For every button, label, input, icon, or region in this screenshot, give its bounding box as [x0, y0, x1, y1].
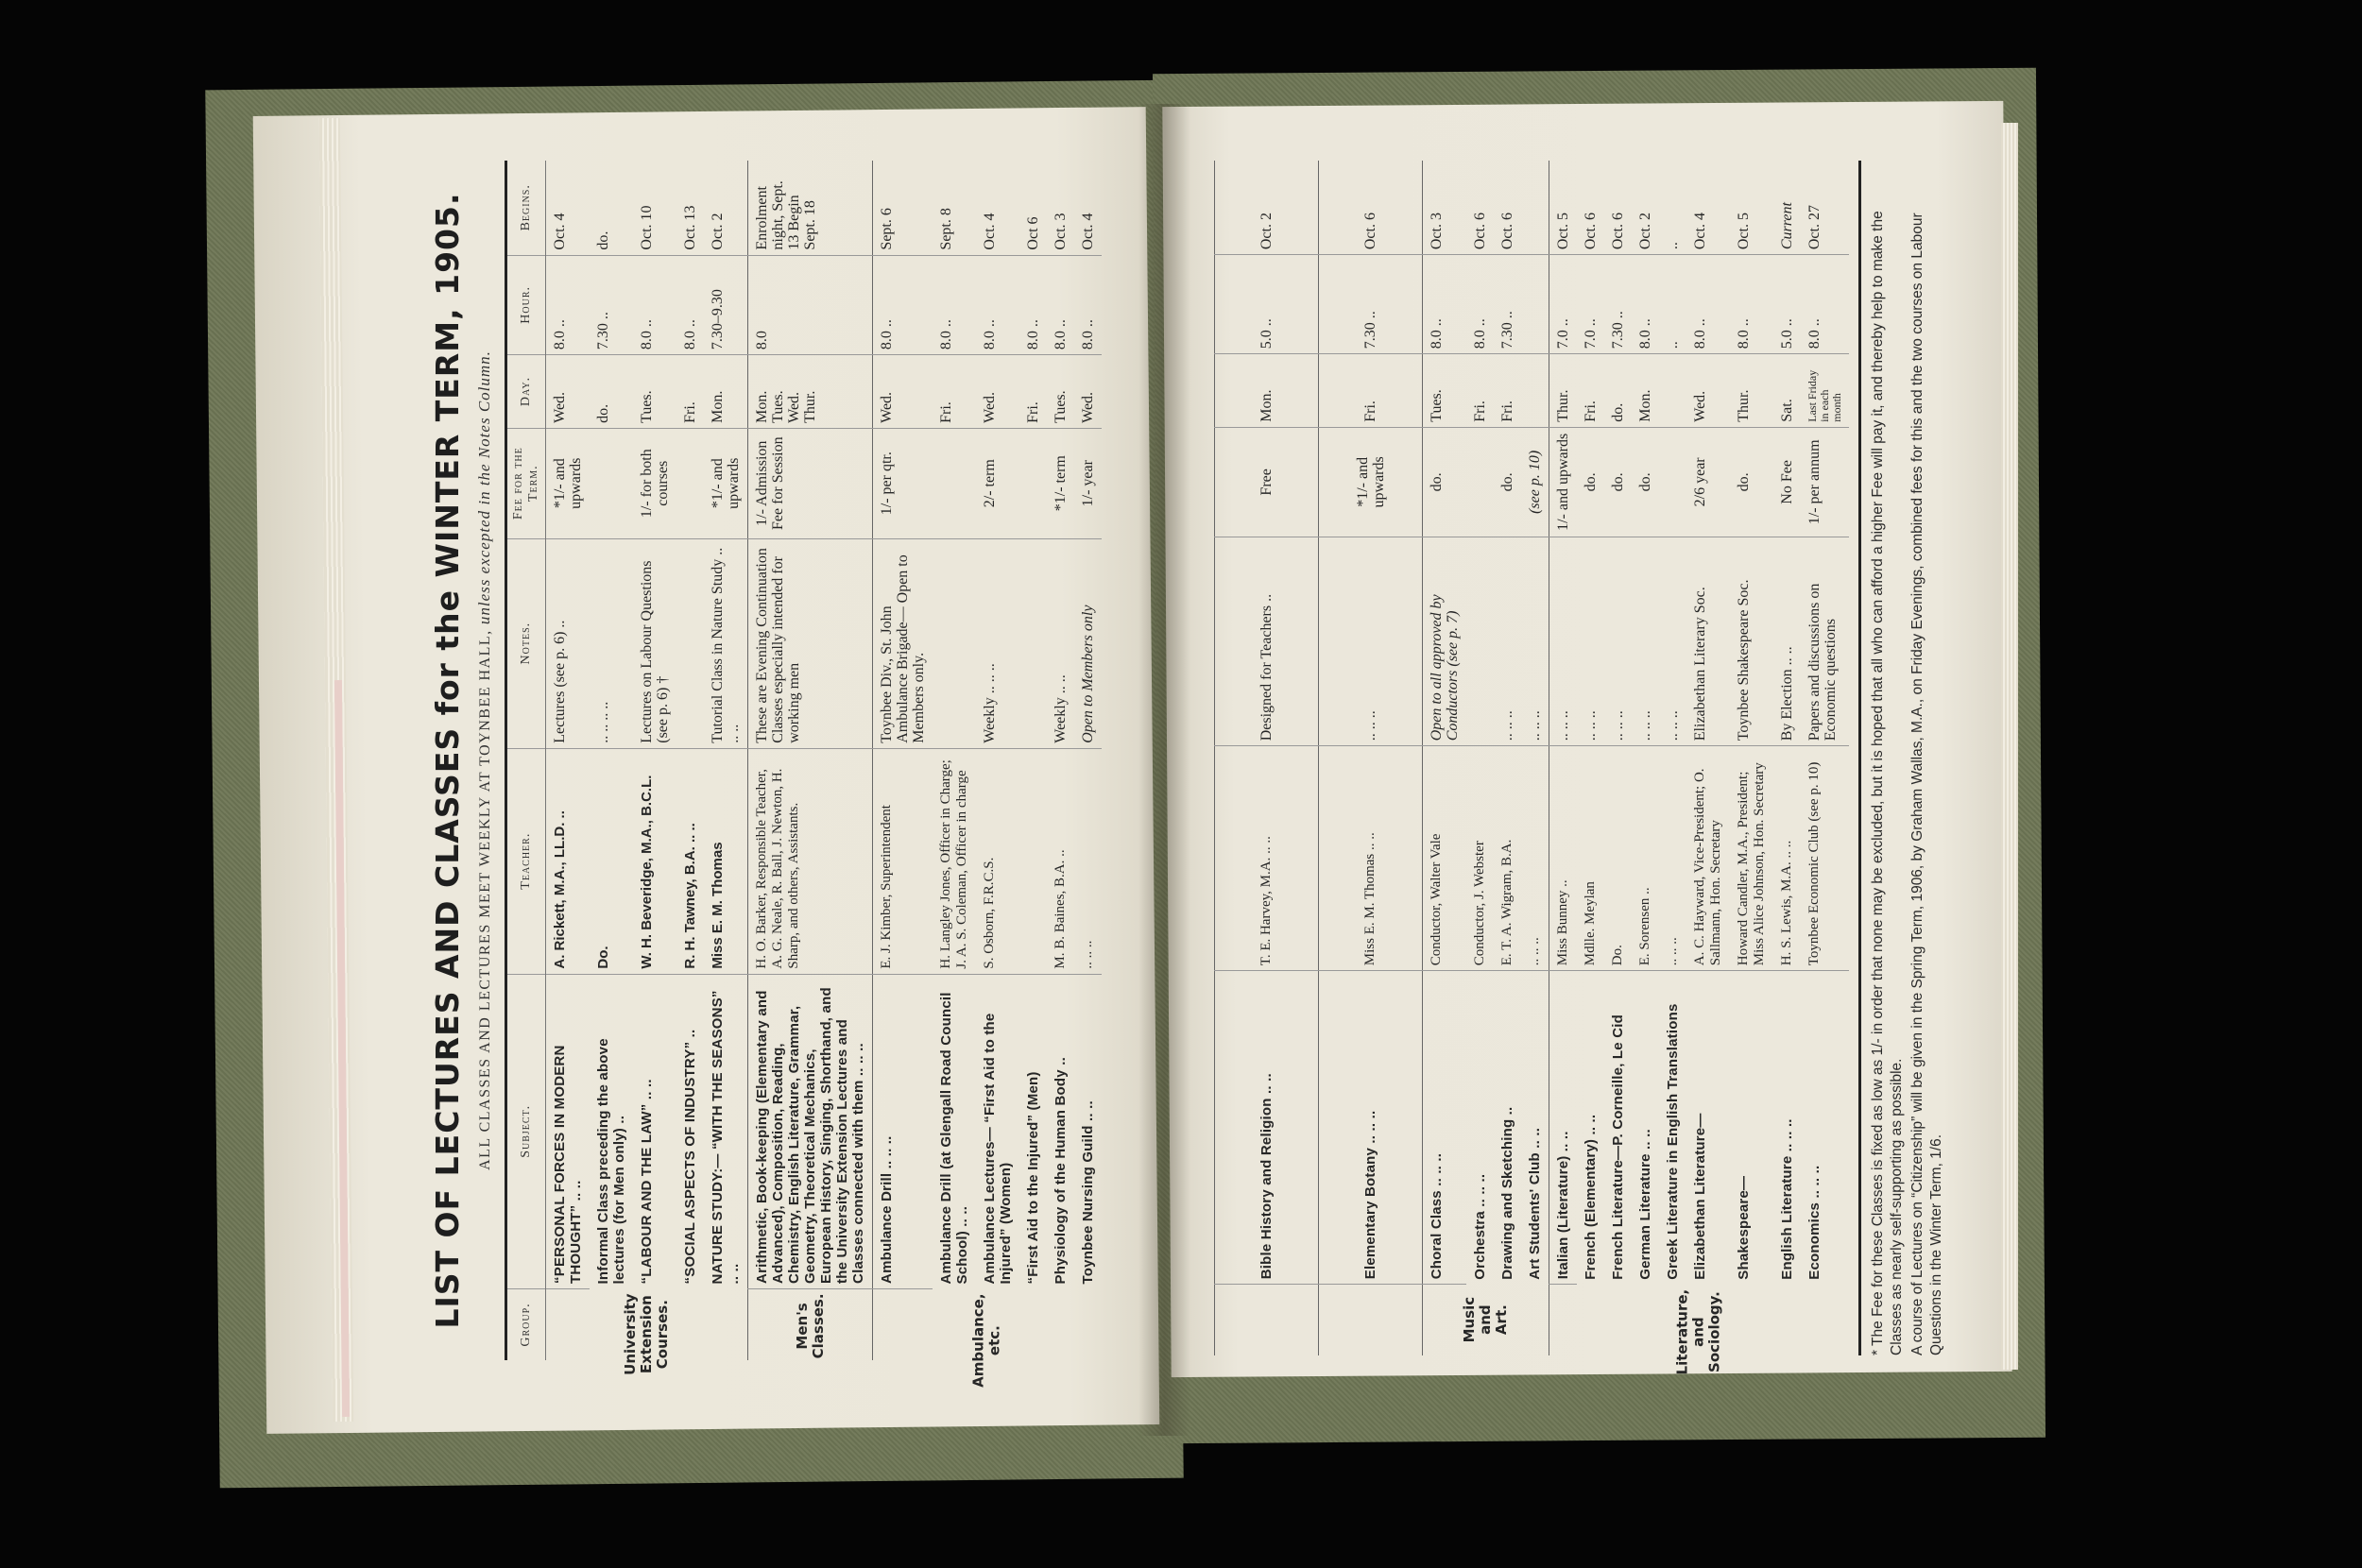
day-cell: Mon. [704, 355, 748, 429]
day-cell: Fri. [676, 355, 704, 429]
group-label [1215, 1285, 1319, 1355]
col-hour: Hour. [506, 255, 546, 355]
subject-cell: “LABOUR AND THE LAW” .. .. [633, 974, 676, 1288]
fee-cell [1659, 427, 1686, 537]
subtitle-caps: ALL CLASSES AND LECTURES MEET WEEKLY AT … [477, 629, 493, 1170]
col-teacher: Teacher. [506, 748, 546, 974]
begins-cell: Current [1773, 161, 1801, 255]
begins-cell: Oct. 13 [676, 161, 704, 255]
hour-cell: 7.30 .. [590, 255, 633, 355]
day-cell: Fri. [1019, 355, 1047, 429]
fee-cell: Free [1215, 427, 1319, 537]
table-header: Group. Subject. Teacher. Notes. Fee for … [506, 161, 546, 1360]
teacher-cell: S. Osborn, F.R.C.S. [976, 748, 1019, 974]
begins-cell: Oct. 5 [1730, 161, 1773, 255]
lectures-table-left: Group. Subject. Teacher. Notes. Fee for … [505, 161, 1102, 1360]
day-cell [1521, 354, 1549, 427]
table-row: Men's Classes. Arithmetic, Book-keeping … [748, 161, 873, 1360]
table-row: French (Elementary) .. .. Mdlle. Meylan … [1577, 161, 1604, 1355]
notes-cell: Toynbee Shakespeare Soc. [1730, 537, 1773, 745]
subject-cell: Economics .. .. .. [1801, 971, 1849, 1285]
hour-cell: 5.0 .. [1215, 255, 1319, 354]
group-label [1319, 1285, 1423, 1355]
fee-cell: do. [1494, 427, 1521, 537]
hour-cell: 8.0 .. [1019, 255, 1047, 355]
hour-cell: 8.0 .. [1423, 255, 1467, 354]
table-row: Economics .. .. .. Toynbee Economic Club… [1801, 161, 1849, 1355]
subject-cell: Toynbee Nursing Guild .. .. [1074, 974, 1102, 1288]
col-day: Day. [506, 355, 546, 429]
begins-cell: Oct. 6 [1577, 161, 1604, 255]
notes-cell: Tutorial Class in Nature Study .. .. .. [704, 538, 748, 748]
begins-cell: Oct. 2 [1215, 161, 1319, 255]
day-cell: Wed. [546, 355, 590, 429]
day-cell: Thur. [1730, 354, 1773, 427]
day-cell: Fri. [1319, 354, 1423, 427]
fee-cell [590, 428, 633, 538]
fee-cell: do. [1577, 427, 1604, 537]
table-row: NATURE STUDY:— “WITH THE SEASONS” .. .. … [704, 161, 748, 1360]
table-row: Toynbee Nursing Guild .. .. .. .. .. Ope… [1074, 161, 1102, 1360]
notes-cell: Open to all approved by Conductors (see … [1423, 537, 1467, 745]
teacher-cell: .. .. .. [1521, 746, 1549, 971]
teacher-cell: H. S. Lewis, M.A. .. .. [1773, 746, 1801, 971]
begins-cell: Oct. 10 [633, 161, 676, 255]
page-subtitle: ALL CLASSES AND LECTURES MEET WEEKLY AT … [471, 161, 505, 1360]
col-group: Group. [506, 1288, 546, 1360]
notes-cell: Toynbee Div., St. John Ambulance Brigade… [873, 538, 933, 748]
subject-cell: Informal Class preceding the above lectu… [590, 974, 633, 1288]
notes-cell: Elizabethan Literary Soc. [1686, 537, 1730, 745]
page-edges-right [2001, 123, 2018, 1370]
begins-cell: do. [590, 161, 633, 255]
notes-cell: .. .. .. [1521, 537, 1549, 745]
begins-cell: Oct. 4 [546, 161, 590, 255]
group-literature-sociology: Literature, and Sociology. Italian (Lite… [1549, 161, 1850, 1355]
day-cell: do. [590, 355, 633, 429]
day-cell: Fri. [1577, 354, 1604, 427]
teacher-cell: Conductor, Walter Vale [1423, 746, 1467, 971]
fee-cell [933, 428, 976, 538]
table-row: Drawing and Sketching .. E. T. A. Wigram… [1494, 161, 1521, 1355]
notes-cell: Designed for Teachers .. [1215, 537, 1319, 745]
hour-cell: 8.0 .. [976, 255, 1019, 355]
fee-cell: *1/- and upwards [1319, 427, 1423, 537]
footnote-fee: * The Fee for these Classes is fixed as … [1869, 161, 1907, 1355]
fee-cell: 1/- per annum [1801, 427, 1849, 537]
notes-cell: .. .. .. [1577, 537, 1604, 745]
fee-cell: 2/6 year [1686, 427, 1730, 537]
subject-cell: German Literature .. .. [1632, 971, 1659, 1285]
notes-cell: .. .. .. [1494, 537, 1521, 745]
teacher-cell: W. H. Beveridge, M.A., B.C.L. [633, 748, 676, 974]
group-label: Literature, and Sociology. [1549, 1285, 1850, 1355]
footnote-citizenship: A course of Lectures on “Citizenship” wi… [1908, 161, 1946, 1355]
notes-cell: Weekly .. .. [1047, 538, 1074, 748]
begins-cell: Oct. 5 [1549, 161, 1578, 255]
day-cell: Fri. [933, 355, 976, 429]
day-cell: Sat. [1773, 354, 1801, 427]
table-row: Physiology of the Human Body .. M. B. Ba… [1047, 161, 1074, 1360]
teacher-cell: A. Rickett, M.A., LL.D. .. [546, 748, 590, 974]
group-botany: Elementary Botany .. .. .. Miss E. M. Th… [1319, 161, 1423, 1355]
day-cell: Mon. [1632, 354, 1659, 427]
notes-cell: Papers and discussions on Economic quest… [1801, 537, 1849, 745]
table-row: Art Students' Club .. .. .. .. .. .. .. … [1521, 161, 1549, 1355]
subject-cell: NATURE STUDY:— “WITH THE SEASONS” .. .. [704, 974, 748, 1288]
table-row: French Literature—P. Corneille, Le Cid D… [1604, 161, 1632, 1355]
col-subject: Subject. [506, 974, 546, 1288]
col-begins: Begins. [506, 161, 546, 255]
hour-cell: 8.0 .. [633, 255, 676, 355]
table-row: University Extension Courses. “PERSONAL … [546, 161, 590, 1360]
table-row: English Literature .. .. .. H. S. Lewis,… [1773, 161, 1801, 1355]
table-row: German Literature .. .. E. Sorensen .. .… [1632, 161, 1659, 1355]
hour-cell: 8.0 .. [1801, 255, 1849, 354]
table-row: Literature, and Sociology. Italian (Lite… [1549, 161, 1578, 1355]
notes-cell: Open to Members only [1074, 538, 1102, 748]
hour-cell: 8.0 .. [546, 255, 590, 355]
teacher-cell: Mdlle. Meylan [1577, 746, 1604, 971]
fee-cell: *1/- and upwards [546, 428, 590, 538]
group-bible: Bible History and Religion .. .. T. E. H… [1215, 161, 1319, 1355]
col-notes: Notes. [506, 538, 546, 748]
day-cell: Wed. [976, 355, 1019, 429]
hour-cell: 8.0 .. [873, 255, 933, 355]
table-row: Orchestra .. .. .. Conductor, J. Webster… [1466, 161, 1494, 1355]
day-cell: Wed. [873, 355, 933, 429]
fee-cell: do. [1632, 427, 1659, 537]
subject-cell: Orchestra .. .. .. [1466, 971, 1494, 1285]
day-cell: Wed. [1074, 355, 1102, 429]
subject-cell: Shakespeare— [1730, 971, 1773, 1285]
table-row: Greek Literature in English Translations… [1659, 161, 1686, 1355]
fee-cell: do. [1604, 427, 1632, 537]
notes-cell: Lectures on Labour Questions (see p. 6) … [633, 538, 676, 748]
begins-cell: Oct. 6 [1466, 161, 1494, 255]
table-row: Bible History and Religion .. .. T. E. H… [1215, 161, 1319, 1355]
subject-cell: “SOCIAL ASPECTS OF INDUSTRY” .. [676, 974, 704, 1288]
begins-cell: Oct. 6 [1494, 161, 1521, 255]
hour-cell: 8.0 .. [1632, 255, 1659, 354]
notes-cell [1466, 537, 1494, 745]
begins-cell: Oct 6 [1019, 161, 1047, 255]
notes-cell: Lectures (see p. 6) .. [546, 538, 590, 748]
teacher-cell: Conductor, J. Webster [1466, 746, 1494, 971]
hour-cell: 7.30 .. [1494, 255, 1521, 354]
begins-cell: Oct. 4 [976, 161, 1019, 255]
subject-cell: Greek Literature in English Translations [1659, 971, 1686, 1285]
begins-cell: Oct. 2 [704, 161, 748, 255]
begins-cell: Oct. 3 [1423, 161, 1467, 255]
group-label: University Extension Courses. [546, 1288, 748, 1360]
fee-cell: 1/- year [1074, 428, 1102, 538]
teacher-cell: H. O. Barker, Responsible Teacher, A. G.… [748, 748, 873, 974]
teacher-cell: Howard Candler, M.A., President; Miss Al… [1730, 746, 1773, 971]
begins-cell: Enrolment night, Sept. 13 Begin Sept. 18 [748, 161, 873, 255]
right-page-content: Bible History and Religion .. .. T. E. H… [1214, 161, 1970, 1355]
teacher-cell: M. B. Baines, B.A. .. [1047, 748, 1074, 974]
notes-cell: .. .. .. [1604, 537, 1632, 745]
teacher-cell: E. J. Kimber, Superintendent [873, 748, 933, 974]
notes-cell: .. .. .. [1319, 537, 1423, 745]
group-music-art: Music and Art. Choral Class .. .. .. Con… [1423, 161, 1549, 1355]
teacher-cell: Miss E. M. Thomas .. .. [1319, 746, 1423, 971]
table-row: “First Aid to the Injured” (Men) Fri. 8.… [1019, 161, 1047, 1360]
hour-cell: 8.0 .. [676, 255, 704, 355]
group-label: Music and Art. [1423, 1285, 1549, 1355]
lectures-table-right: Bible History and Religion .. .. T. E. H… [1214, 161, 1849, 1355]
notes-cell [676, 538, 704, 748]
begins-cell [1521, 161, 1549, 255]
fee-cell [1466, 427, 1494, 537]
hour-cell: 8.0 .. [1074, 255, 1102, 355]
table-row: “SOCIAL ASPECTS OF INDUSTRY” .. R. H. Ta… [676, 161, 704, 1360]
fee-cell: *1/- and upwards [704, 428, 748, 538]
col-fee: Fee for the Term. [506, 428, 546, 538]
left-page-content: LIST OF LECTURES AND CLASSES for the WIN… [425, 161, 1143, 1360]
teacher-cell [1019, 748, 1047, 974]
day-cell: do. [1604, 354, 1632, 427]
subtitle-italic: unless excepted in the Notes Column. [475, 350, 493, 624]
subject-cell: Bible History and Religion .. .. [1215, 971, 1319, 1285]
subject-cell: Art Students' Club .. .. [1521, 971, 1549, 1285]
subject-cell: English Literature .. .. .. [1773, 971, 1801, 1285]
group-label: Men's Classes. [748, 1288, 873, 1360]
teacher-cell: Do. [590, 748, 633, 974]
notes-cell: .. .. .. [1659, 537, 1686, 745]
fee-cell: 2/- term [976, 428, 1019, 538]
notes-cell [933, 538, 976, 748]
fee-cell: 1/- per qtr. [873, 428, 933, 538]
teacher-cell: E. T. A. Wigram, B.A. [1494, 746, 1521, 971]
hour-cell: 8.0 .. [1466, 255, 1494, 354]
begins-cell: Sept. 8 [933, 161, 976, 255]
subject-cell: Italian (Literature) .. .. [1549, 971, 1578, 1285]
begins-cell: Sept. 6 [873, 161, 933, 255]
subject-cell: Elizabethan Literature— [1686, 971, 1730, 1285]
subject-cell: Choral Class .. .. .. [1423, 971, 1467, 1285]
notes-cell: Weekly .. .. .. [976, 538, 1019, 748]
notes-cell [1019, 538, 1047, 748]
day-cell: Thur. [1549, 354, 1578, 427]
table-row: Elementary Botany .. .. .. Miss E. M. Th… [1319, 161, 1423, 1355]
subject-cell: “PERSONAL FORCES IN MODERN THOUGHT” .. .… [546, 974, 590, 1288]
hour-cell [1521, 255, 1549, 354]
group-ambulance: Ambulance, etc. Ambulance Drill .. .. ..… [873, 161, 1103, 1360]
begins-cell: Oct. 6 [1604, 161, 1632, 255]
subject-cell: Physiology of the Human Body .. [1047, 974, 1074, 1288]
group-university-extension: University Extension Courses. “PERSONAL … [546, 161, 748, 1360]
begins-cell: Oct. 6 [1319, 161, 1423, 255]
teacher-cell: T. E. Harvey, M.A. .. .. [1215, 746, 1319, 971]
subject-cell: Drawing and Sketching .. [1494, 971, 1521, 1285]
table-row: Informal Class preceding the above lectu… [590, 161, 633, 1360]
table-row: Shakespeare— Howard Candler, M.A., Presi… [1730, 161, 1773, 1355]
fee-cell: (see p. 10) [1521, 427, 1549, 537]
notes-cell: .. .. .. [1549, 537, 1578, 745]
fee-cell: do. [1423, 427, 1467, 537]
day-cell: Last Friday in each month [1801, 354, 1849, 427]
begins-cell: Oct. 2 [1632, 161, 1659, 255]
day-cell: Tues. [633, 355, 676, 429]
notes-cell: .. .. .. .. [590, 538, 633, 748]
day-cell: Tues. [1423, 354, 1467, 427]
group-label: Ambulance, etc. [873, 1288, 1103, 1360]
fee-cell: No Fee [1773, 427, 1801, 537]
day-cell: Fri. [1494, 354, 1521, 427]
fee-cell: 1/- Admission Fee for Session [748, 428, 873, 538]
subject-cell: French (Elementary) .. .. [1577, 971, 1604, 1285]
begins-cell: Oct. 4 [1074, 161, 1102, 255]
day-cell: Mon. Tues. Wed. Thur. [748, 355, 873, 429]
subject-cell: Arithmetic, Book-keeping (Elementary and… [748, 974, 873, 1288]
teacher-cell: R. H. Tawney, B.A. .. .. [676, 748, 704, 974]
day-cell: Fri. [1466, 354, 1494, 427]
begins-cell: Oct. 4 [1686, 161, 1730, 255]
table-row: Ambulance Drill (at Glengall Road Counci… [933, 161, 976, 1360]
subject-cell: “First Aid to the Injured” (Men) [1019, 974, 1047, 1288]
hour-cell: 8.0 .. [1730, 255, 1773, 354]
subject-cell: Ambulance Drill (at Glengall Road Counci… [933, 974, 976, 1288]
fee-cell [676, 428, 704, 538]
table-row: “LABOUR AND THE LAW” .. .. W. H. Beverid… [633, 161, 676, 1360]
fee-cell: 1/- for both courses [633, 428, 676, 538]
table-row: Elizabethan Literature— A. C. Hayward, V… [1686, 161, 1730, 1355]
day-cell [1659, 354, 1686, 427]
group-mens-classes: Men's Classes. Arithmetic, Book-keeping … [748, 161, 873, 1360]
begins-cell: Oct. 3 [1047, 161, 1074, 255]
teacher-cell: .. .. .. [1659, 746, 1686, 971]
fee-cell [1019, 428, 1047, 538]
teacher-cell: .. .. .. [1074, 748, 1102, 974]
hour-cell: .. [1659, 255, 1686, 354]
hour-cell: 8.0 .. [933, 255, 976, 355]
table-row: Music and Art. Choral Class .. .. .. Con… [1423, 161, 1467, 1355]
teacher-cell: H. Langley Jones, Officer in Charge; J. … [933, 748, 976, 974]
teacher-cell: Do. [1604, 746, 1632, 971]
book-gutter [1138, 104, 1190, 1436]
subject-cell: Ambulance Drill .. .. .. [873, 974, 933, 1288]
teacher-cell: A. C. Hayward, Vice-President; O. Sallma… [1686, 746, 1730, 971]
hour-cell: 7.0 .. [1549, 255, 1578, 354]
teacher-cell: Miss Bunney .. [1549, 746, 1578, 971]
fee-cell: *1/- term [1047, 428, 1074, 538]
begins-cell: Oct. 27 [1801, 161, 1849, 255]
hour-cell: 8.0 .. [1686, 255, 1730, 354]
page-title: LIST OF LECTURES AND CLASSES for the WIN… [425, 161, 471, 1360]
fee-cell: 1/- and upwards [1549, 427, 1578, 537]
hour-cell: 5.0 .. [1773, 255, 1801, 354]
subject-cell: Elementary Botany .. .. .. [1319, 971, 1423, 1285]
table-row: Ambulance Lectures— “First Aid to the In… [976, 161, 1019, 1360]
table-row: Ambulance, etc. Ambulance Drill .. .. ..… [873, 161, 933, 1360]
hour-cell: 7.30 .. [1604, 255, 1632, 354]
subject-cell: Ambulance Lectures— “First Aid to the In… [976, 974, 1019, 1288]
hour-cell: 8.0 .. [1047, 255, 1074, 355]
hour-cell: 7.30–9.30 [704, 255, 748, 355]
begins-cell: .. [1659, 161, 1686, 255]
footnotes: * The Fee for these Classes is fixed as … [1858, 161, 1946, 1355]
notes-cell: By Election .. .. [1773, 537, 1801, 745]
hour-cell: 8.0 [748, 255, 873, 355]
teacher-cell: Miss E. M. Thomas [704, 748, 748, 974]
teacher-cell: Toynbee Economic Club (see p. 10) [1801, 746, 1849, 971]
notes-cell: These are Evening Continuation Classes e… [748, 538, 873, 748]
day-cell: Mon. [1215, 354, 1319, 427]
notes-cell: .. .. .. [1632, 537, 1659, 745]
hour-cell: 7.0 .. [1577, 255, 1604, 354]
fee-cell: do. [1730, 427, 1773, 537]
subject-cell: French Literature—P. Corneille, Le Cid [1604, 971, 1632, 1285]
hour-cell: 7.30 .. [1319, 255, 1423, 354]
day-cell: Tues. [1047, 355, 1074, 429]
day-cell: Wed. [1686, 354, 1730, 427]
teacher-cell: E. Sorensen .. [1632, 746, 1659, 971]
